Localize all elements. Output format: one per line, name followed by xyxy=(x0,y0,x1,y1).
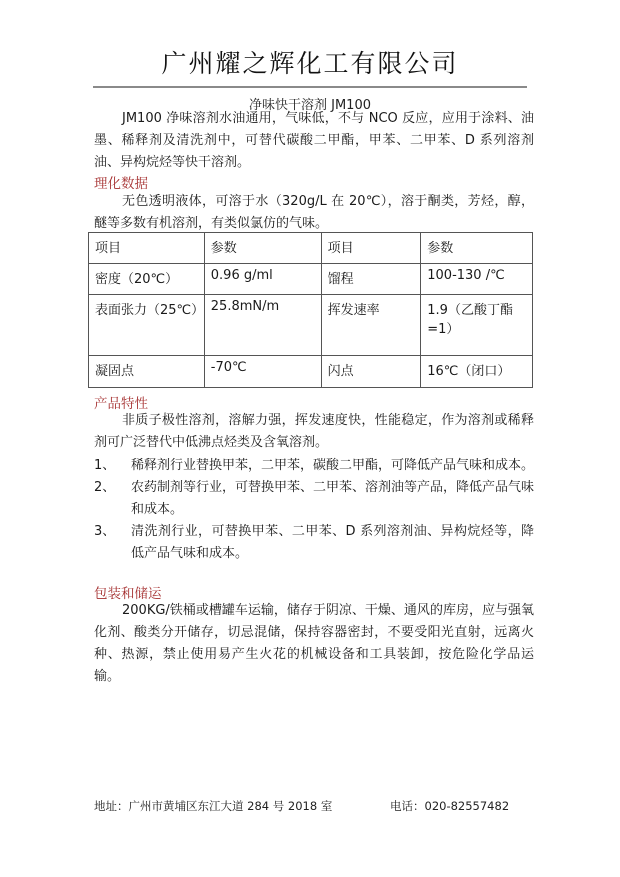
intro-paragraph: JM100 净味溶剂水油通用，气味低，不与 NCO 反应，应用于涂料、油墨、稀释… xyxy=(94,108,534,174)
section-heading-physical: 理化数据 xyxy=(94,172,148,192)
table-header-row: 项目 参数 项目 参数 xyxy=(89,233,533,264)
table-cell: 100-130 /℃ xyxy=(421,264,533,295)
list-item: 3、 清洗剂行业，可替换甲苯、二甲苯、D 系列溶剂油、异构烷烃等，降低产品气味和… xyxy=(94,521,534,565)
table-cell: 表面张力（25℃） xyxy=(89,295,205,356)
list-item: 1、 稀释剂行业替换甲苯，二甲苯，碳酸二甲酯，可降低产品气味和成本。 xyxy=(94,455,534,477)
table-header-cell: 参数 xyxy=(204,233,321,264)
table-cell: 16℃（闭口） xyxy=(421,356,533,388)
list-number: 1、 xyxy=(94,455,131,477)
table-cell: 挥发速率 xyxy=(321,295,421,356)
footer-address: 地址：广州市黄埔区东江大道 284 号 2018 室 xyxy=(94,799,332,813)
table-header-cell: 项目 xyxy=(89,233,205,264)
table-cell: 1.9（乙酸丁酯=1） xyxy=(421,295,533,356)
table-cell: 凝固点 xyxy=(89,356,205,388)
company-name: 广州耀之辉化工有限公司 xyxy=(0,44,620,80)
section-heading-packaging: 包装和储运 xyxy=(94,582,162,602)
table-cell: 25.8mN/m xyxy=(204,295,321,356)
physical-paragraph: 无色透明液体，可溶于水（320g/L 在 20℃），溶于酮类，芳烃，醇，醚等多数… xyxy=(94,191,534,235)
list-text: 农药制剂等行业，可替换甲苯、二甲苯、溶剂油等产品，降低产品气味和成本。 xyxy=(131,477,534,521)
list-text: 稀释剂行业替换甲苯，二甲苯，碳酸二甲酯，可降低产品气味和成本。 xyxy=(131,455,534,477)
table-row: 凝固点 -70℃ 闪点 16℃（闭口） xyxy=(89,356,533,388)
list-item: 2、 农药制剂等行业，可替换甲苯、二甲苯、溶剂油等产品，降低产品气味和成本。 xyxy=(94,477,534,521)
table-header-cell: 参数 xyxy=(421,233,533,264)
table-cell: -70℃ xyxy=(204,356,321,388)
features-list: 1、 稀释剂行业替换甲苯，二甲苯，碳酸二甲酯，可降低产品气味和成本。 2、 农药… xyxy=(94,455,534,565)
list-text: 清洗剂行业，可替换甲苯、二甲苯、D 系列溶剂油、异构烷烃等，降低产品气味和成本。 xyxy=(131,521,534,565)
table-cell: 馏程 xyxy=(321,264,421,295)
table-cell: 闪点 xyxy=(321,356,421,388)
section-heading-features: 产品特性 xyxy=(94,392,148,412)
list-number: 3、 xyxy=(94,521,131,565)
table-row: 表面张力（25℃） 25.8mN/m 挥发速率 1.9（乙酸丁酯=1） xyxy=(89,295,533,356)
table-cell: 0.96 g/ml xyxy=(204,264,321,295)
list-number: 2、 xyxy=(94,477,131,521)
header-divider xyxy=(93,86,527,88)
spec-table: 项目 参数 项目 参数 密度（20℃） 0.96 g/ml 馏程 100-130… xyxy=(88,232,533,388)
table-row: 密度（20℃） 0.96 g/ml 馏程 100-130 /℃ xyxy=(89,264,533,295)
table-header-cell: 项目 xyxy=(321,233,421,264)
packaging-paragraph: 200KG/铁桶或槽罐车运输，储存于阴凉、干燥、通风的库房，应与强氧化剂、酸类分… xyxy=(94,600,534,688)
footer: 地址：广州市黄埔区东江大道 284 号 2018 室 电话：020-825574… xyxy=(94,798,534,814)
table-cell: 密度（20℃） xyxy=(89,264,205,295)
footer-phone: 电话：020-82557482 xyxy=(390,798,509,814)
features-paragraph: 非质子极性溶剂，溶解力强，挥发速度快，性能稳定，作为溶剂或稀释剂可广泛替代中低沸… xyxy=(94,410,534,454)
